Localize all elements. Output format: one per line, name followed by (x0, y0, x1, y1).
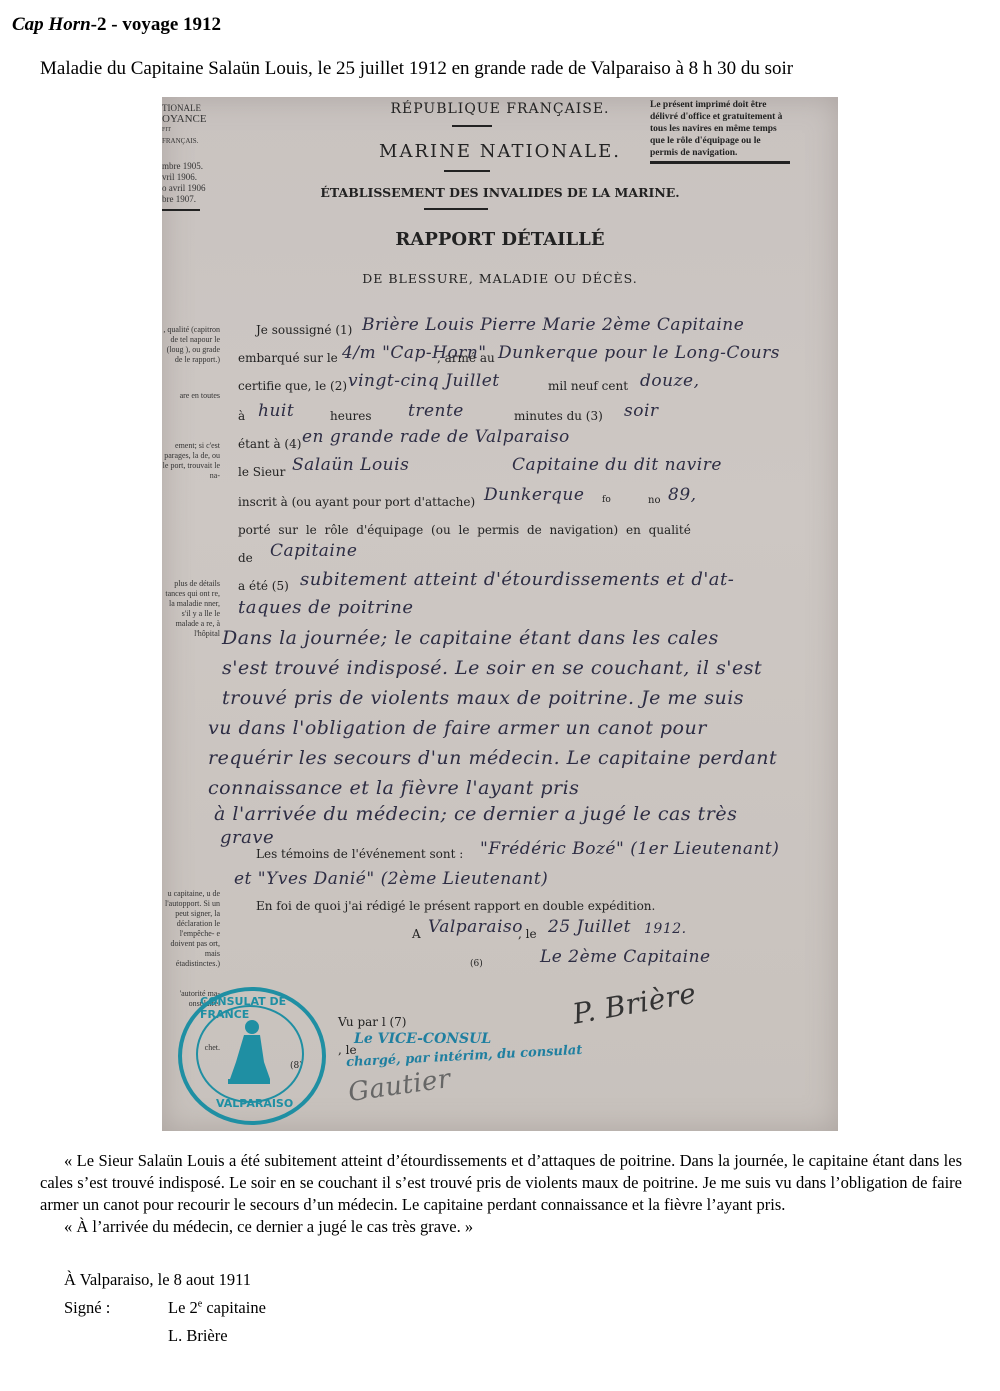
consul-signature: Gautier (346, 1064, 452, 1108)
page-title: Cap Horn-2 - voyage 1912 (12, 14, 221, 36)
marianne-figure-icon (224, 1017, 274, 1087)
narrative-line: connaissance et la fièvre l'ayant pris (208, 777, 579, 799)
certifie-label: certifie que, le (2) (238, 379, 347, 393)
narrative-line: grave (220, 827, 274, 848)
en-foi-text: En foi de quoi j'ai rédigé le présent ra… (256, 899, 655, 913)
signature-briere: P. Brière (570, 976, 699, 1030)
soussigne-value: Brière Louis Pierre Marie 2ème Capitaine (362, 315, 744, 335)
certifie-value: vingt-cinq Juillet (348, 371, 500, 391)
narrative-line: s'est trouvé indisposé. Le soir en se co… (222, 657, 762, 679)
margin-note-2: are en toutes (162, 391, 220, 401)
date-value: 25 Juillet (548, 917, 631, 937)
signe-title-pre: Le 2 (168, 1298, 198, 1317)
transcription-paragraph-1: « Le Sieur Salaün Louis a été subitement… (40, 1150, 962, 1216)
stamp-bottom-text: VALPARAISO (216, 1097, 293, 1110)
mil-label: mil neuf cent (548, 379, 628, 393)
margin-note-1: , qualité (capitron de tel napour le (lo… (162, 325, 220, 365)
signe-label: Signé : (64, 1298, 110, 1318)
rapport-heading: RAPPORT DÉTAILLÉ (162, 229, 838, 250)
consulate-stamp: CONSULAT DE FRANCE VALPARAISO (178, 987, 326, 1125)
sieur-value: Salaün Louis (292, 455, 409, 475)
soussigne-label: Je soussigné (1) (256, 323, 352, 337)
signe-title-post: capitaine (202, 1298, 266, 1317)
temoin-2: et "Yves Danié" (2ème Lieutenant) (234, 869, 548, 889)
title-voyage: -2 - voyage 1912 (91, 14, 221, 35)
margin-rule (162, 209, 200, 211)
note-six: (6) (470, 959, 483, 969)
title-ship: Cap Horn (12, 14, 91, 35)
narrative-line: subitement atteint d'étourdissements et … (300, 569, 734, 590)
blessure-heading: DE BLESSURE, MALADIE OU DÉCÈS. (162, 271, 838, 286)
a-label: à (238, 409, 245, 423)
signer-title: Le 2ème Capitaine (540, 947, 711, 967)
temoins-label: Les témoins de l'événement sont : (256, 847, 463, 861)
arme-label: , armé au (437, 351, 495, 365)
etant-value: en grande rade de Valparaiso (302, 427, 570, 447)
no-value: 89, (668, 485, 697, 505)
narrative-line: taques de poitrine (238, 597, 414, 618)
scanned-document: TIONALE OYANCE FIT FRANÇAIS. mbre 1905. … (162, 97, 838, 1131)
folio-label: fo (602, 495, 611, 505)
a-place-value: Valparaiso (428, 917, 523, 937)
inscrit-value: Dunkerque (484, 485, 584, 505)
a-place-label: A (412, 927, 421, 941)
margin-line: vril 1906. (162, 172, 212, 183)
divider (424, 208, 488, 210)
de-value: Capitaine (270, 541, 357, 561)
le-label: , le (518, 927, 537, 941)
margin-line: mbre 1905. (162, 161, 212, 172)
narrative-line: vu dans l'obligation de faire armer un c… (208, 717, 707, 739)
narrative-line: Dans la journée; le capitaine étant dans… (222, 627, 719, 649)
year-value: 1912. (644, 921, 687, 937)
aete-label: a été (5) (238, 579, 289, 593)
signe-name: L. Brière (168, 1326, 228, 1346)
minutes-value: trente (408, 401, 464, 421)
margin-line: FIT (162, 125, 212, 136)
vice-consul-stamp: Le VICE-CONSUL (354, 1031, 491, 1047)
porte-label: porté sur le rôle d'équipage (ou le perm… (238, 523, 691, 537)
transcription-paragraph-2: « À l’arrivée du médecin, ce dernier a j… (40, 1216, 962, 1238)
transcription: « Le Sieur Salaün Louis a été subitement… (40, 1150, 962, 1238)
heures-value: huit (258, 401, 294, 421)
embarque-label: embarqué sur le (238, 351, 338, 365)
narrative-line: trouvé pris de violents maux de poitrine… (222, 687, 744, 709)
mil-value: douze, (640, 371, 700, 391)
vu-par-label: Vu par l (7) (338, 1015, 406, 1029)
narrative-line: requérir les secours d'un médecin. Le ca… (208, 747, 777, 769)
notice-box: Le présent imprimé doit être délivré d'o… (650, 99, 790, 164)
no-label: no (648, 495, 660, 506)
divider (444, 170, 490, 172)
du-value: soir (624, 401, 659, 421)
place-date: À Valparaiso, le 8 aout 1911 (64, 1270, 251, 1290)
margin-note-4: plus de détails tances qui ont re, la ma… (162, 579, 220, 639)
sieur-label: le Sieur (238, 465, 285, 479)
temoin-1: "Frédéric Bozé" (1er Lieutenant) (480, 839, 779, 859)
arme-value: Dunkerque pour le Long-Cours (498, 343, 780, 363)
signe-title: Le 2e capitaine (168, 1298, 266, 1318)
margin-note-3: ement; si c'est parages, la de, ou le po… (162, 441, 220, 481)
heures-label: heures (330, 409, 372, 423)
page-subtitle: Maladie du Capitaine Salaün Louis, le 25… (40, 58, 793, 80)
de-label: de (238, 551, 253, 565)
narrative-line: à l'arrivée du médecin; ce dernier a jug… (214, 803, 737, 825)
etant-label: étant à (4) (238, 437, 301, 451)
etablissement-heading: ÉTABLISSEMENT DES INVALIDES DE LA MARINE… (162, 185, 838, 200)
inscrit-label: inscrit à (ou ayant pour port d'attache) (238, 495, 475, 509)
divider (452, 125, 492, 127)
minutes-label: minutes du (3) (514, 409, 603, 423)
sieur-role: Capitaine du dit navire (512, 455, 722, 475)
margin-note-5: u capitaine, u de l'autopport. Si un peu… (162, 889, 220, 969)
